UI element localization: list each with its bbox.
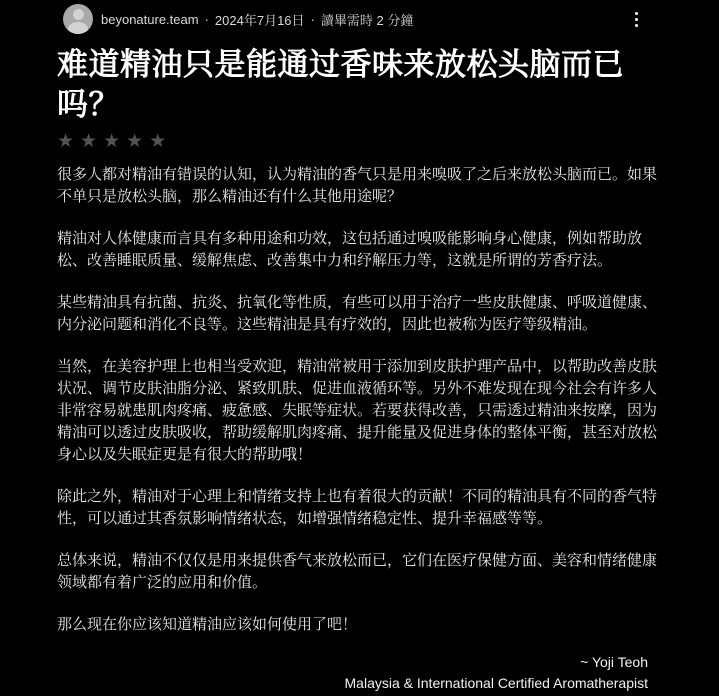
kebab-menu-icon (635, 18, 638, 21)
read-time: 讀畢需時 2 分鐘 (321, 10, 413, 29)
post-meta-line: beyonature.team · 2024年7月16日 · 讀畢需時 2 分鐘 (101, 10, 413, 29)
star-icon[interactable]: ★ (57, 130, 74, 154)
more-options-button[interactable] (631, 8, 642, 31)
signature-name: ~ Yoji Teoh (57, 652, 648, 673)
meta-separator: · (205, 12, 209, 27)
paragraph: 当然，在美容护理上也相当受欢迎，精油常被用于添加到皮肤护理产品中，以帮助改善皮肤… (57, 356, 662, 466)
star-icon[interactable]: ★ (126, 130, 143, 154)
meta-separator: · (311, 12, 315, 27)
kebab-menu-icon (635, 24, 638, 27)
post-title: 难道精油只是能通过香味来放松头脑而已吗？ (57, 45, 662, 125)
post-meta-bar: beyonature.team · 2024年7月16日 · 讀畢需時 2 分鐘 (57, 2, 662, 36)
paragraph: 除此之外，精油对于心理上和情绪支持上也有着很大的贡献！不同的精油具有不同的香气特… (57, 486, 662, 530)
person-icon (73, 9, 84, 20)
paragraph: 那么现在你应该知道精油应该如何使用了吧！ (57, 614, 662, 636)
star-icon[interactable]: ★ (149, 130, 166, 154)
paragraph: 精油对人体健康而言具有多种用途和功效，这包括通过嗅吸能影响身心健康，例如帮助放松… (57, 228, 662, 272)
paragraph: 某些精油具有抗菌、抗炎、抗氧化等性质，有些可以用于治疗一些皮肤健康、呼吸道健康、… (57, 292, 662, 336)
star-rating: ★ ★ ★ ★ ★ (57, 130, 662, 154)
signature-credential: Malaysia & International Certified Aroma… (57, 673, 648, 694)
post-date: 2024年7月16日 (215, 10, 305, 29)
signature-block: ~ Yoji Teoh Malaysia & International Cer… (57, 652, 662, 694)
person-icon (68, 22, 88, 34)
kebab-menu-icon (635, 12, 638, 15)
author-name[interactable]: beyonature.team (101, 12, 199, 27)
author-avatar[interactable] (63, 4, 93, 34)
blog-post-page: beyonature.team · 2024年7月16日 · 讀畢需時 2 分鐘… (0, 0, 719, 694)
star-icon[interactable]: ★ (80, 130, 97, 154)
paragraph: 很多人都对精油有错误的认知，认为精油的香气只是用来嗅吸了之后来放松头脑而已。如果… (57, 164, 662, 208)
star-icon[interactable]: ★ (103, 130, 120, 154)
paragraph: 总体来说，精油不仅仅是用来提供香气来放松而已，它们在医疗保健方面、美容和情绪健康… (57, 550, 662, 594)
article-body: 很多人都对精油有错误的认知，认为精油的香气只是用来嗅吸了之后来放松头脑而已。如果… (57, 164, 662, 636)
